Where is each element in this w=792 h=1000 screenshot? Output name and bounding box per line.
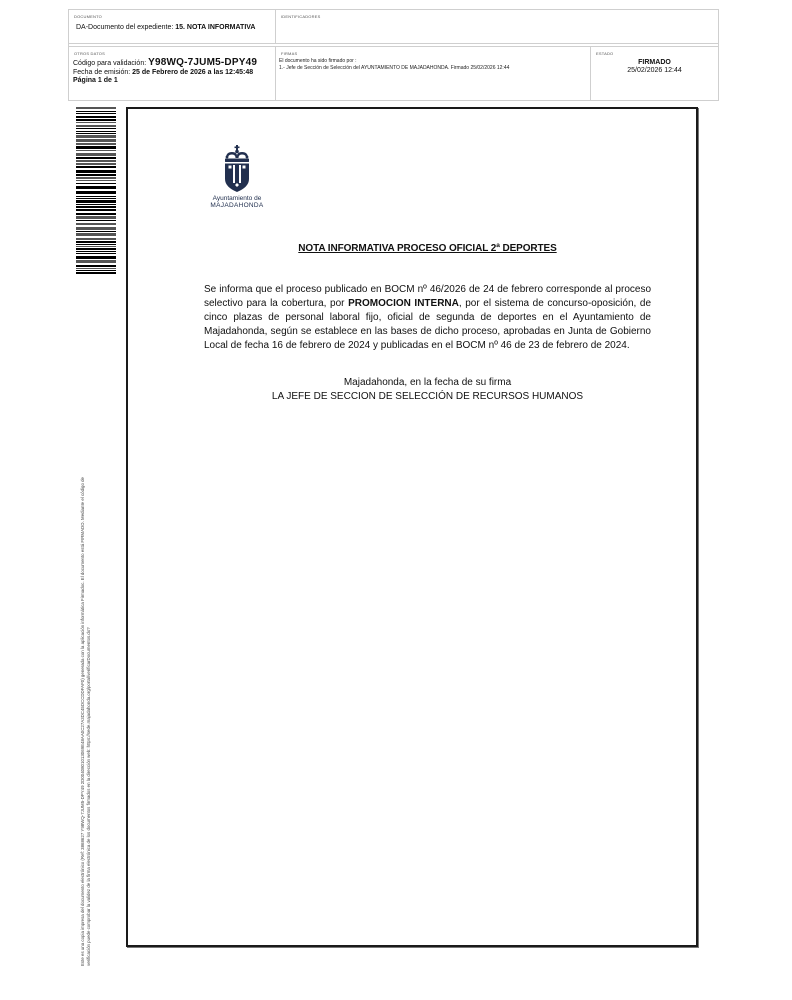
body-bold-text: PROMOCION INTERNA [348,298,459,309]
page-count: Página 1 de 1 [73,77,118,84]
documento-prefix: DA-Documento del expediente: [76,24,175,31]
otros-datos-cell: OTROS DATOS Código para validación: Y98W… [69,46,276,100]
sign-role: LA JEFE DE SECCION DE SELECCIÓN DE RECUR… [204,390,651,404]
documento-cell: DOCUMENTO DA-Documento del expediente: 1… [69,10,276,44]
logo-line-2: MAJADAHONDA [204,202,270,209]
logo-line-1: Ayuntamiento de [204,195,270,202]
issue-date-row: Fecha de emisión: 25 de Febrero de 2026 … [73,69,257,78]
documento-title: 15. NOTA INFORMATIVA [175,24,255,31]
identificadores-cell: IDENTIFICADORES [276,10,718,44]
status-badge: FIRMADO [591,59,718,67]
validation-code-row: Código para validación: Y98WQ-7JUM5-DPY4… [73,59,257,69]
signature-block: Majadahonda, en la fecha de su firma LA … [204,376,651,404]
sign-place: Majadahonda, en la fecha de su firma [204,376,651,390]
identificadores-label: IDENTIFICADORES [281,14,320,19]
signer-entry: 1.- Jefe de Sección de Selección del AYU… [279,65,509,72]
verification-side-note: Este es una copia impresa del documento … [80,296,91,966]
document-body: Se informa que el proceso publicado en B… [204,283,651,353]
barcode-icon [76,107,116,277]
side-note-line-2: verificación puede comprobar la validez … [86,296,92,966]
validation-code[interactable]: Y98WQ-7JUM5-DPY49 [148,57,257,68]
page-frame [126,107,698,947]
validation-code-label: Código para validación: [73,60,148,67]
estado-cell: ESTADO FIRMADO 25/02/2026 12:44 [591,46,718,100]
document-title: NOTA INFORMATIVA PROCESO OFICIAL 2ª DEPO… [204,243,651,254]
otros-datos-label: OTROS DATOS [74,51,105,56]
status-datetime: 25/02/2026 12:44 [591,67,718,75]
firmas-label: FIRMAS [281,51,297,56]
issue-date: 25 de Febrero de 2026 a las 12:45:48 [132,69,253,76]
municipality-logo: Ayuntamiento de MAJADAHONDA [204,145,270,209]
estado-label: ESTADO [596,51,613,56]
firmas-cell: FIRMAS El documento ha sido firmado por … [276,46,591,100]
documento-label: DOCUMENTO [74,14,102,19]
document-header: DOCUMENTO DA-Documento del expediente: 1… [68,9,719,101]
documento-value: DA-Documento del expediente: 15. NOTA IN… [76,23,266,32]
issue-date-label: Fecha de emisión: [73,69,132,76]
majadahonda-crest-icon [222,145,252,193]
